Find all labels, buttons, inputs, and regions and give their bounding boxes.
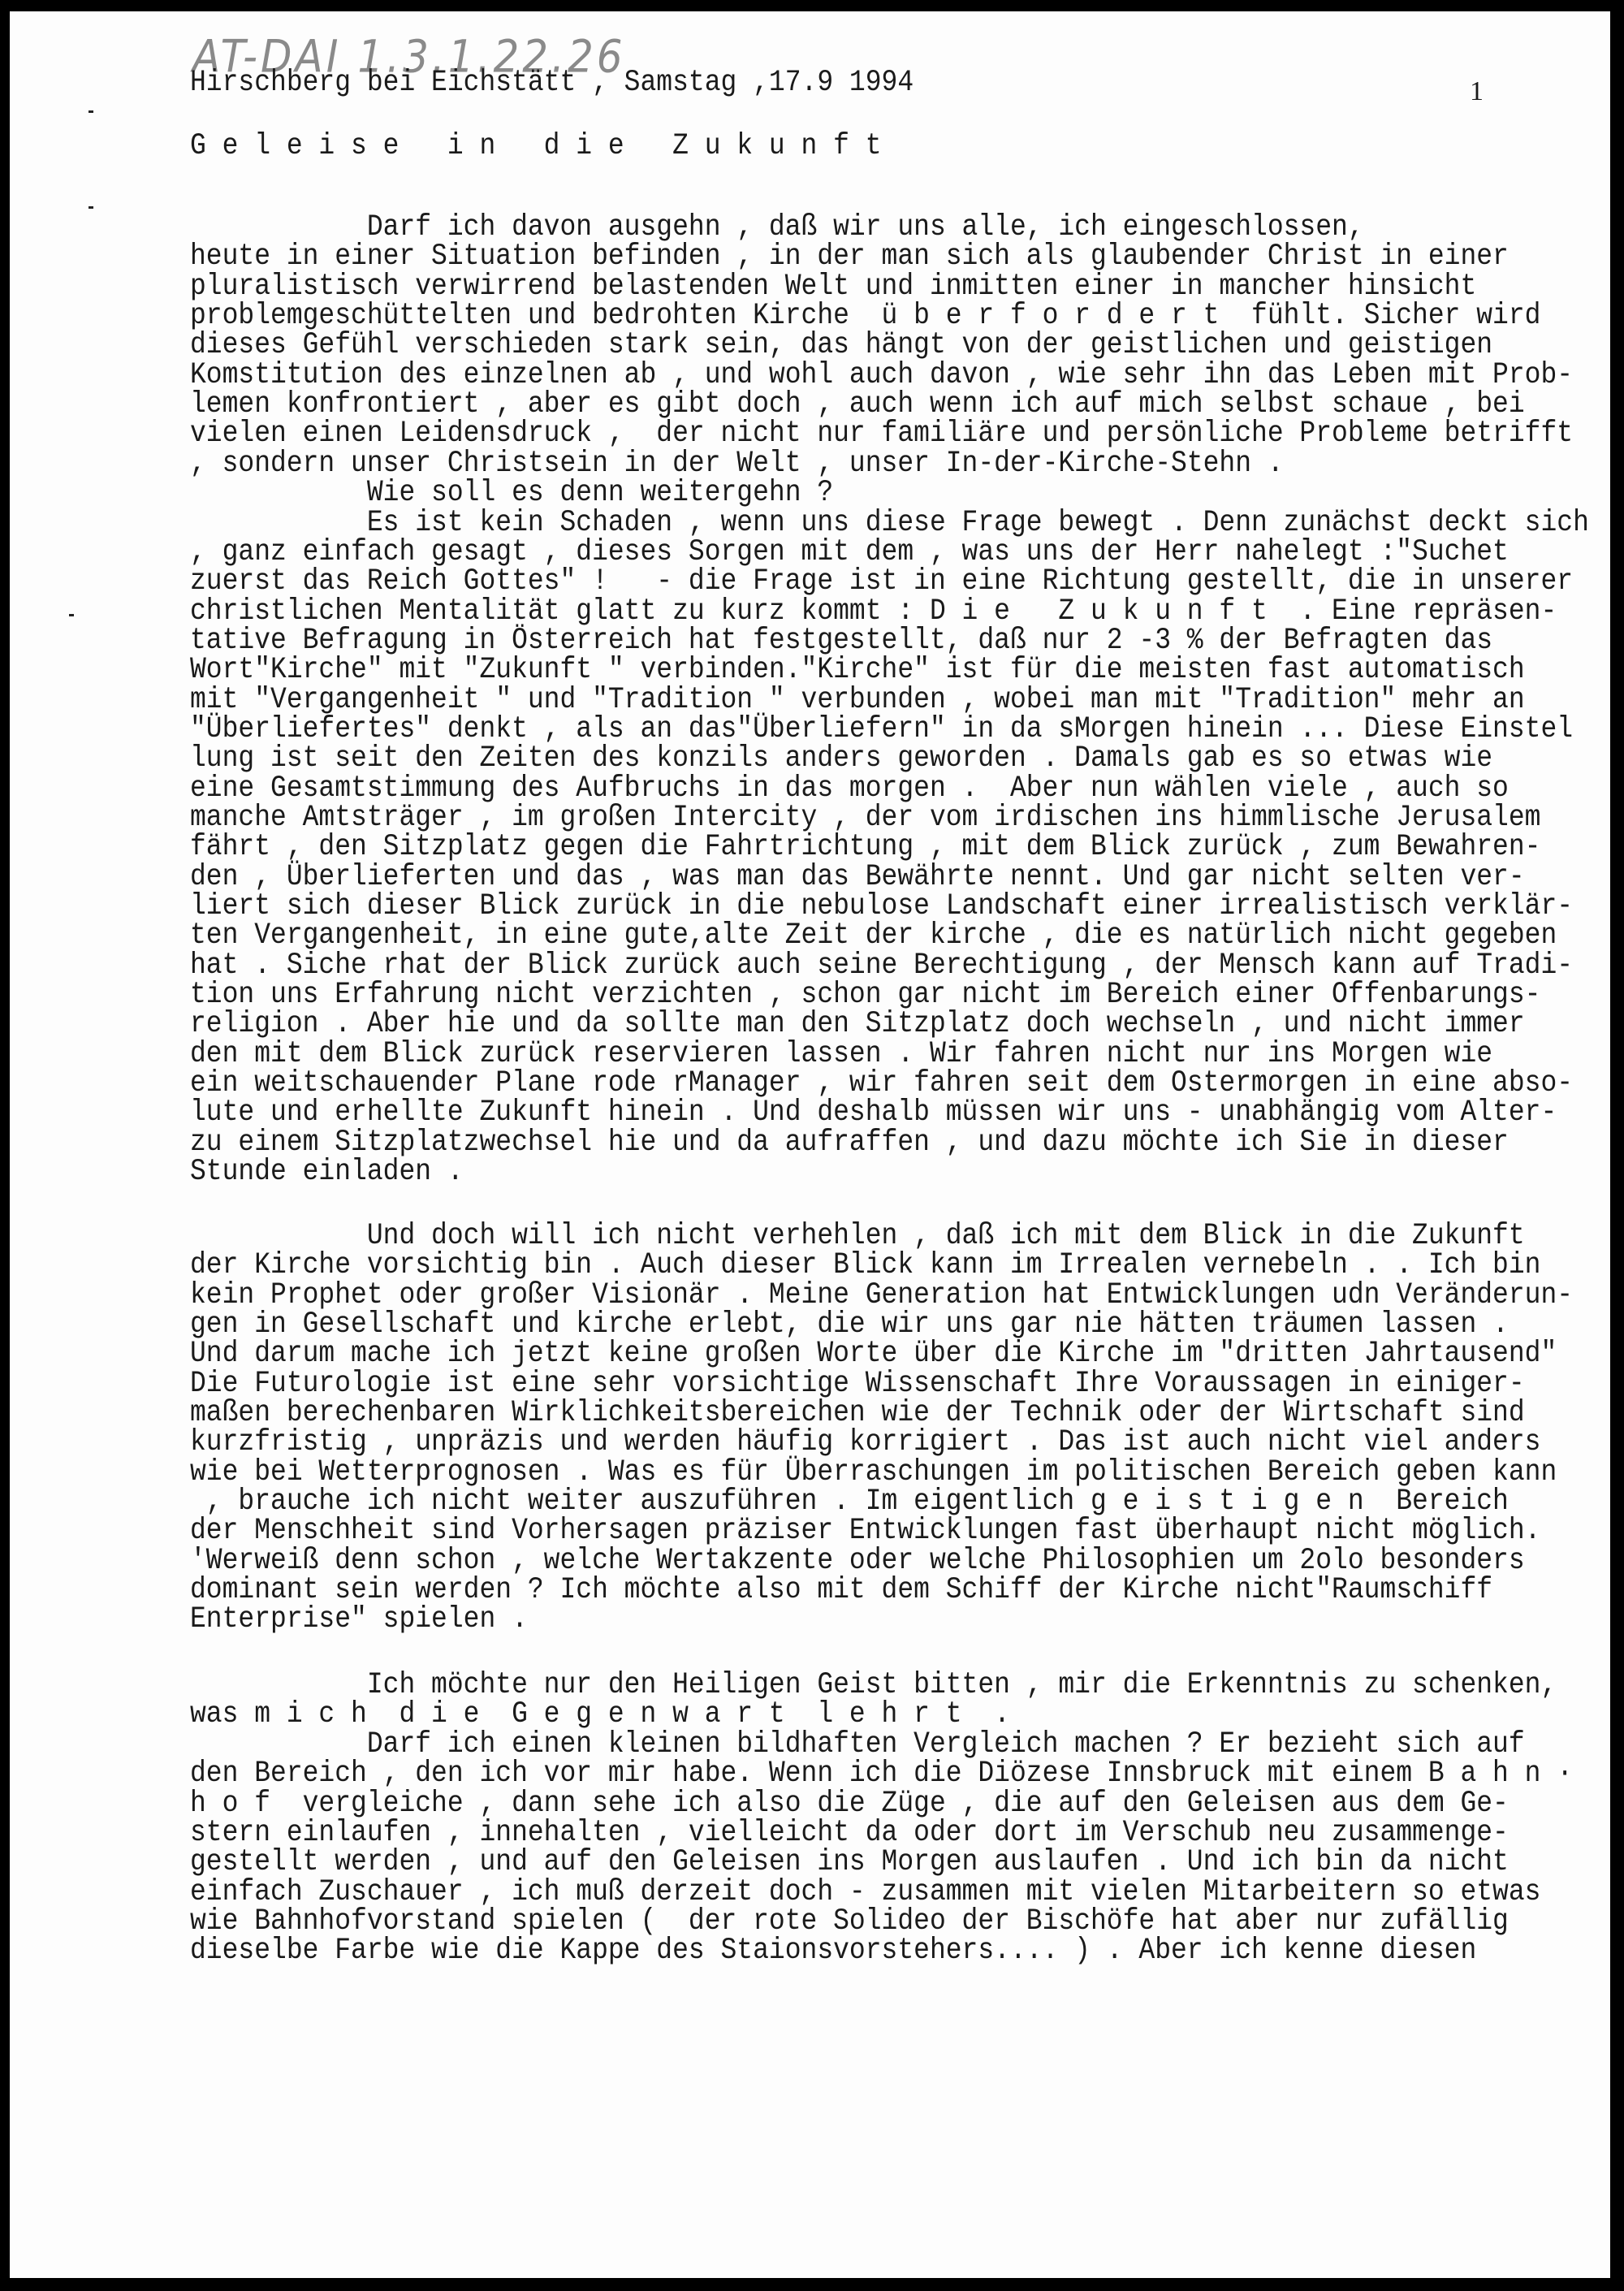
text-line: Wie soll es denn weitergehn ?	[190, 477, 833, 509]
text-line: Enterprise" spielen .	[190, 1603, 528, 1636]
text-line: Und darum mache ich jetzt keine großen W…	[190, 1338, 1557, 1370]
text-line: lute und erhellte Zukunft hinein . Und d…	[190, 1096, 1557, 1129]
text-line: vielen einen Leidensdruck , der nicht nu…	[190, 417, 1573, 450]
text-line: den Bereich , den ich vor mir habe. Wenn…	[190, 1757, 1573, 1790]
text-line: der Menschheit sind Vorhersagen präziser…	[190, 1515, 1540, 1547]
text-line: dieses Gefühl verschieden stark sein, da…	[190, 329, 1492, 361]
text-line: zuerst das Reich Gottes" ! - die Frage i…	[190, 565, 1573, 598]
text-line: lung ist seit den Zeiten des konzils and…	[190, 742, 1492, 775]
text-line: gestellt werden , und auf den Geleisen i…	[190, 1846, 1509, 1878]
text-line: fährt , den Sitzplatz gegen die Fahrtric…	[190, 831, 1540, 863]
text-line: heute in einer Situation befinden , in d…	[190, 240, 1509, 273]
document-page: AT-DAI 1.3.1.22.26 Hirschberg bei Eichst…	[10, 11, 1610, 2278]
text-line: dieselbe Farbe wie die Kappe des Staions…	[190, 1934, 1476, 1967]
page-number: 1	[1470, 76, 1484, 107]
header-line: Hirschberg bei Eichstätt , Samstag ,17.9…	[190, 67, 914, 99]
text-line: kurzfristig , unpräzis und werden häufig…	[190, 1426, 1540, 1459]
text-line: ten Vergangenheit, in eine gute,alte Zei…	[190, 919, 1557, 952]
margin-mark	[89, 110, 93, 113]
margin-mark	[89, 206, 93, 209]
text-line: Wort"Kirche" mit "Zukunft " verbinden."K…	[190, 654, 1525, 686]
text-line: was m i c h d i e G e g e n w a r t l e …	[190, 1698, 1010, 1731]
text-line: Stunde einladen .	[190, 1156, 464, 1188]
document-title: G e l e i s e i n d i e Z u k u n f t	[190, 130, 882, 162]
margin-mark	[69, 614, 74, 616]
text-line: religion . Aber hie und da sollte man de…	[190, 1008, 1525, 1040]
text-line: der Kirche vorsichtig bin . Auch dieser …	[190, 1249, 1540, 1282]
